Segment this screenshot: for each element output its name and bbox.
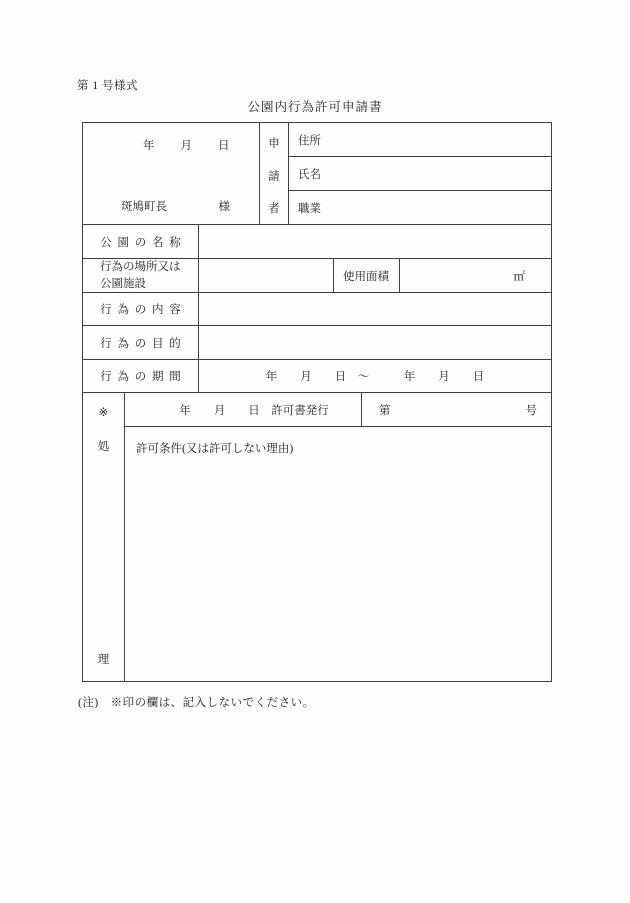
action-purpose-value-cell <box>199 326 551 359</box>
action-place-row: 行為の場所又は公園施設 使用面積 ㎡ <box>83 259 551 293</box>
processing-char: 理 <box>83 651 124 667</box>
applicant-header-row: 年 月 日 斑鳩町長 様 申 請 者 住所 氏名 <box>83 123 551 225</box>
action-purpose-label-cell: 行為の目的 <box>83 326 199 359</box>
park-name-row: 公園の名称 <box>83 225 551 259</box>
field-row-occupation: 職業 <box>289 191 551 224</box>
action-period-value: 年 月 日 ～ 年 月 日 <box>266 368 485 384</box>
applicant-char: 申 <box>268 135 280 151</box>
permit-conditions-label: 許可条件(又は許可しない理由) <box>136 443 293 455</box>
action-period-label: 行為の期間 <box>100 368 186 384</box>
action-content-label: 行為の内容 <box>100 301 186 317</box>
action-content-label-cell: 行為の内容 <box>83 293 199 325</box>
permit-number-prefix: 第 <box>379 402 391 418</box>
addressee-name: 斑鳩町長 <box>121 198 167 214</box>
area-value-cell: ㎡ <box>400 259 552 292</box>
form-code: 第 1 号様式 <box>77 77 138 93</box>
applicant-char: 者 <box>268 200 280 216</box>
permit-number-suffix: 号 <box>526 402 538 418</box>
permit-conditions-cell: 許可条件(又は許可しない理由) <box>125 427 551 681</box>
action-content-row: 行為の内容 <box>83 293 551 326</box>
application-form-page: 第 1 号様式 公園内行為許可申請書 年 月 日 斑鳩町長 様 申 請 者 住所 <box>0 0 630 903</box>
action-content-value-cell <box>199 293 551 325</box>
field-row-address: 住所 <box>289 123 551 157</box>
permit-issue-row: 年 月 日 許可書発行 第 号 <box>125 393 551 427</box>
date-and-addressee-cell: 年 月 日 斑鳩町長 様 <box>83 123 260 224</box>
area-label: 使用面積 <box>343 268 389 284</box>
name-label: 氏名 <box>298 166 321 182</box>
action-place-label-cell: 行為の場所又は公園施設 <box>83 259 199 292</box>
processing-vertical-label: ※ 処 理 <box>83 393 125 681</box>
footnote: (注) ※印の欄は、記入しないでください。 <box>78 694 315 710</box>
processing-char: 処 <box>83 438 124 454</box>
action-period-row: 行為の期間 年 月 日 ～ 年 月 日 <box>83 360 551 393</box>
asterisk-mark: ※ <box>83 405 124 419</box>
permit-issue-line: 年 月 日 許可書発行 <box>179 402 329 418</box>
permit-number-cell: 第 号 <box>362 393 551 426</box>
applicant-vertical-label: 申 請 者 <box>260 123 289 224</box>
applicant-fields: 住所 氏名 職業 <box>289 123 551 224</box>
application-form-table: 年 月 日 斑鳩町長 様 申 請 者 住所 氏名 <box>82 122 552 682</box>
addressee-honorific: 様 <box>219 198 231 214</box>
address-label: 住所 <box>298 132 321 148</box>
area-label-cell: 使用面積 <box>334 259 400 292</box>
processing-main: 年 月 日 許可書発行 第 号 許可条件(又は許可しない理由) <box>125 393 551 681</box>
action-period-value-cell: 年 月 日 ～ 年 月 日 <box>199 360 551 392</box>
park-name-label-cell: 公園の名称 <box>83 225 199 258</box>
action-purpose-row: 行為の目的 <box>83 326 551 360</box>
field-row-name: 氏名 <box>289 157 551 191</box>
action-place-value-cell <box>199 259 334 292</box>
action-place-label: 行為の場所又は公園施設 <box>100 259 188 291</box>
processing-section-row: ※ 処 理 年 月 日 許可書発行 第 号 許可条件(又は許可しない理由) <box>83 393 551 681</box>
occupation-label: 職業 <box>298 200 321 216</box>
action-period-label-cell: 行為の期間 <box>83 360 199 392</box>
applicant-char: 請 <box>268 168 280 184</box>
park-name-value-cell <box>199 225 551 258</box>
park-name-label: 公園の名称 <box>100 234 186 250</box>
form-title: 公園内行為許可申請書 <box>0 97 630 115</box>
addressee-line: 斑鳩町長 様 <box>83 198 259 214</box>
application-date-line: 年 月 日 <box>83 137 259 153</box>
area-unit: ㎡ <box>514 268 526 284</box>
action-purpose-label: 行為の目的 <box>100 335 186 351</box>
permit-issue-date-cell: 年 月 日 許可書発行 <box>125 393 362 426</box>
